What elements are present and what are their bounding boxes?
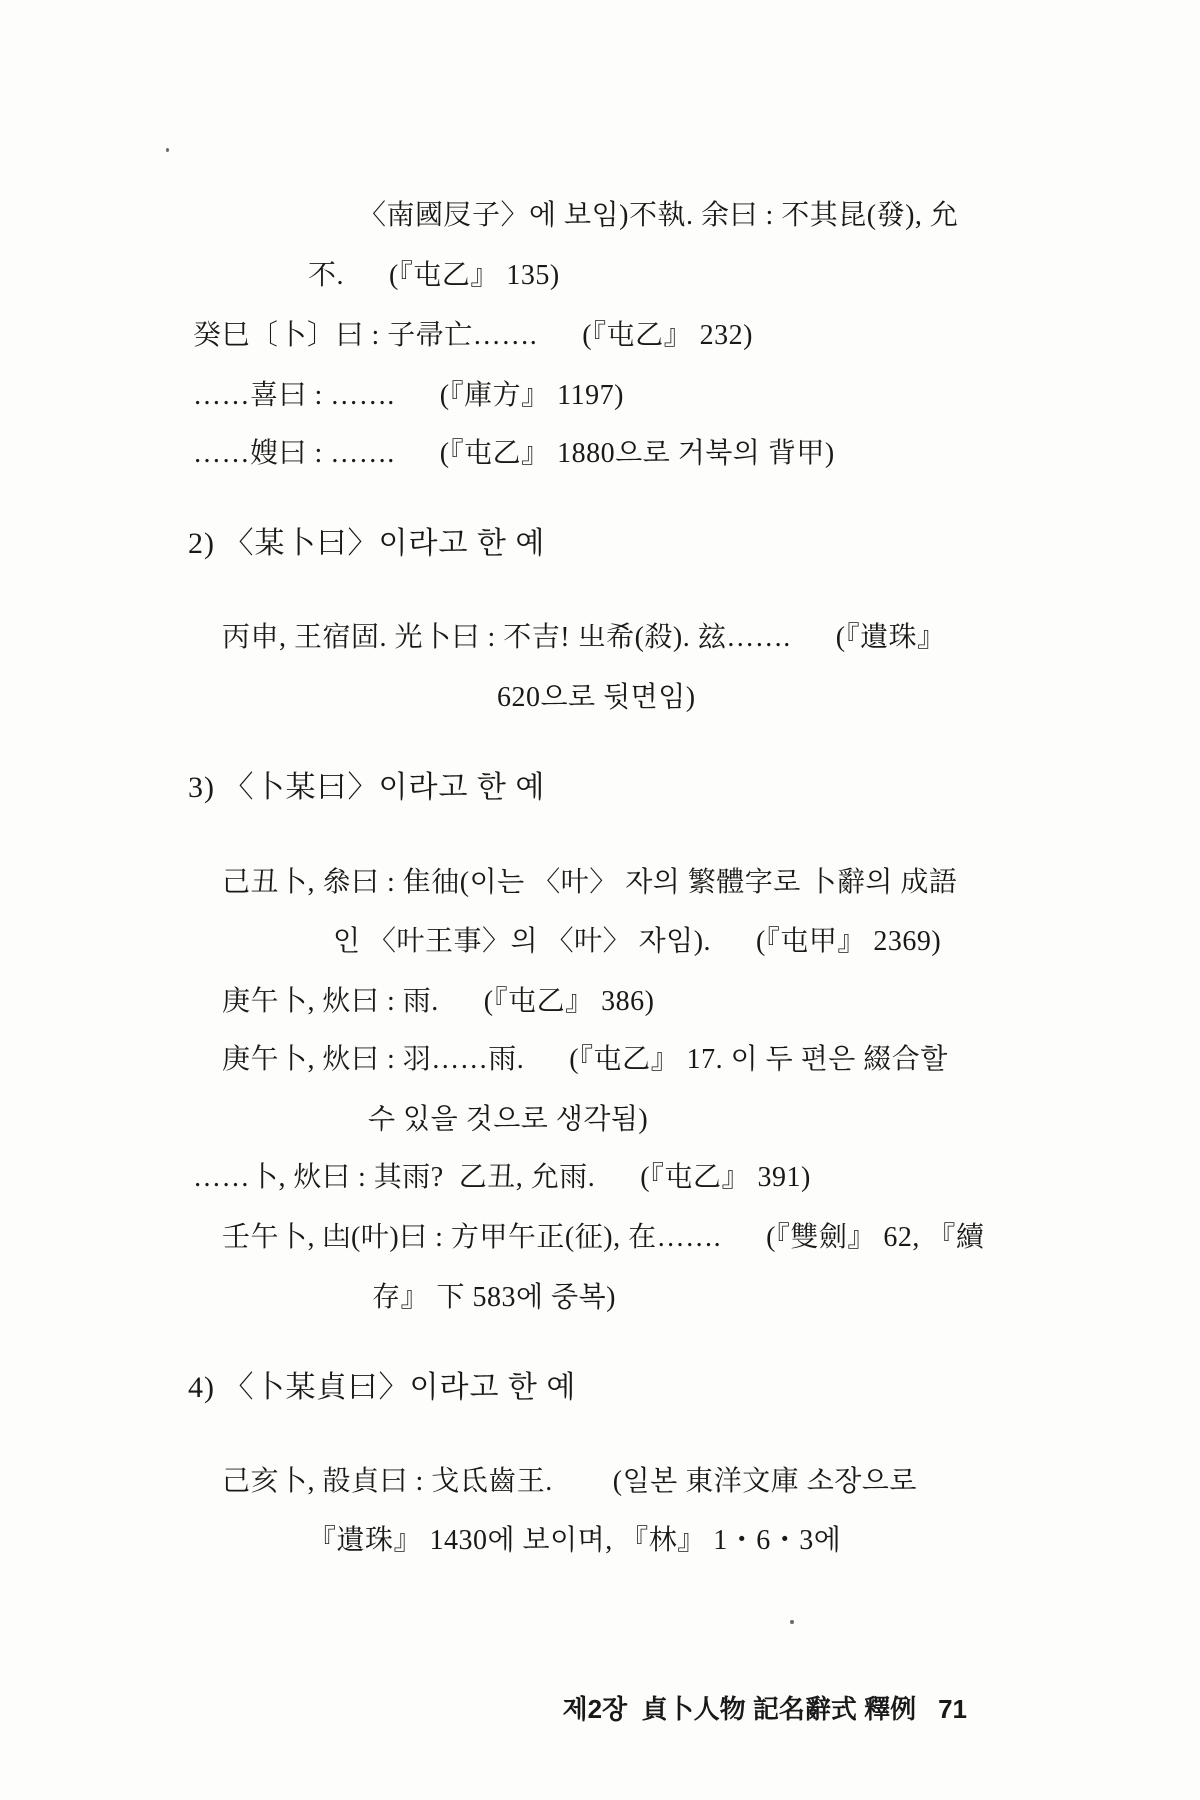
text-line: 庚午卜, 炏曰 : 羽……雨. (『屯乙』 17. 이 두 편은 綴合할 (222, 1040, 948, 1080)
text-line: 癸巳〔卜〕曰 : 子帚亡……. (『屯乙』 232) (193, 316, 753, 356)
text-line-wrap: 수 있을 것으로 생각됨) (368, 1100, 648, 1140)
text-line: 壬午卜, 凷(叶)曰 : 方甲午正(征), 在……. (『雙劍』 62, 『續 (222, 1218, 984, 1258)
text-line: ……嫂曰 : ……. (『屯乙』 1880으로 거북의 背甲) (193, 434, 835, 474)
text-line: ……卜, 炏曰 : 其雨? 乙丑, 允雨. (『屯乙』 391) (193, 1158, 811, 1198)
footer-chapter-title: 제2장 貞卜人物 記名辭式 釋例 (562, 1694, 916, 1724)
text-line-continuation: 〈南國㞋子〉에 보임)不執. 余曰 : 不其昆(發), 允 (358, 196, 958, 236)
page-number: 71 (938, 1694, 967, 1724)
book-page: 〈南國㞋子〉에 보임)不執. 余曰 : 不其昆(發), 允 不. (『屯乙』 1… (0, 0, 1200, 1800)
text-line: ……喜曰 : ……. (『庫方』 1197) (193, 376, 624, 416)
text-line: 丙申, 王宿固. 光卜曰 : 不吉! 㞢希(殺). 玆……. (『遺珠』 (222, 618, 946, 658)
scan-speck (790, 1620, 794, 1624)
text-line: 己丑卜, 叅曰 : 隹㣙(이는 〈叶〉 자의 繁體字로 卜辭의 成語 (222, 863, 957, 903)
section-heading-2: 2) 〈某卜曰〉이라고 한 예 (188, 524, 545, 564)
text-line: 不. (『屯乙』 135) (308, 256, 560, 296)
text-line: 己亥卜, 㱿貞曰 : 戈氐齒王. (일본 東洋文庫 소장으로 (222, 1462, 917, 1502)
page-footer: 제2장 貞卜人物 記名辭式 釋例71 (534, 1658, 967, 1757)
section-heading-3: 3) 〈卜某曰〉이라고 한 예 (188, 768, 545, 808)
scan-speck (166, 148, 169, 152)
text-line-wrap: 『遺珠』 1430에 보이며, 『林』 1・6・3에 (308, 1521, 841, 1561)
text-line-wrap: 620으로 뒷면임) (497, 678, 696, 718)
section-heading-4: 4) 〈卜某貞曰〉이라고 한 예 (188, 1368, 576, 1408)
text-line-wrap: 存』 下 583에 중복) (372, 1278, 616, 1318)
text-line-wrap: 인 〈叶王事〉의 〈叶〉 자임). (『屯甲』 2369) (333, 922, 941, 962)
text-line: 庚午卜, 炏曰 : 雨. (『屯乙』 386) (222, 982, 654, 1022)
